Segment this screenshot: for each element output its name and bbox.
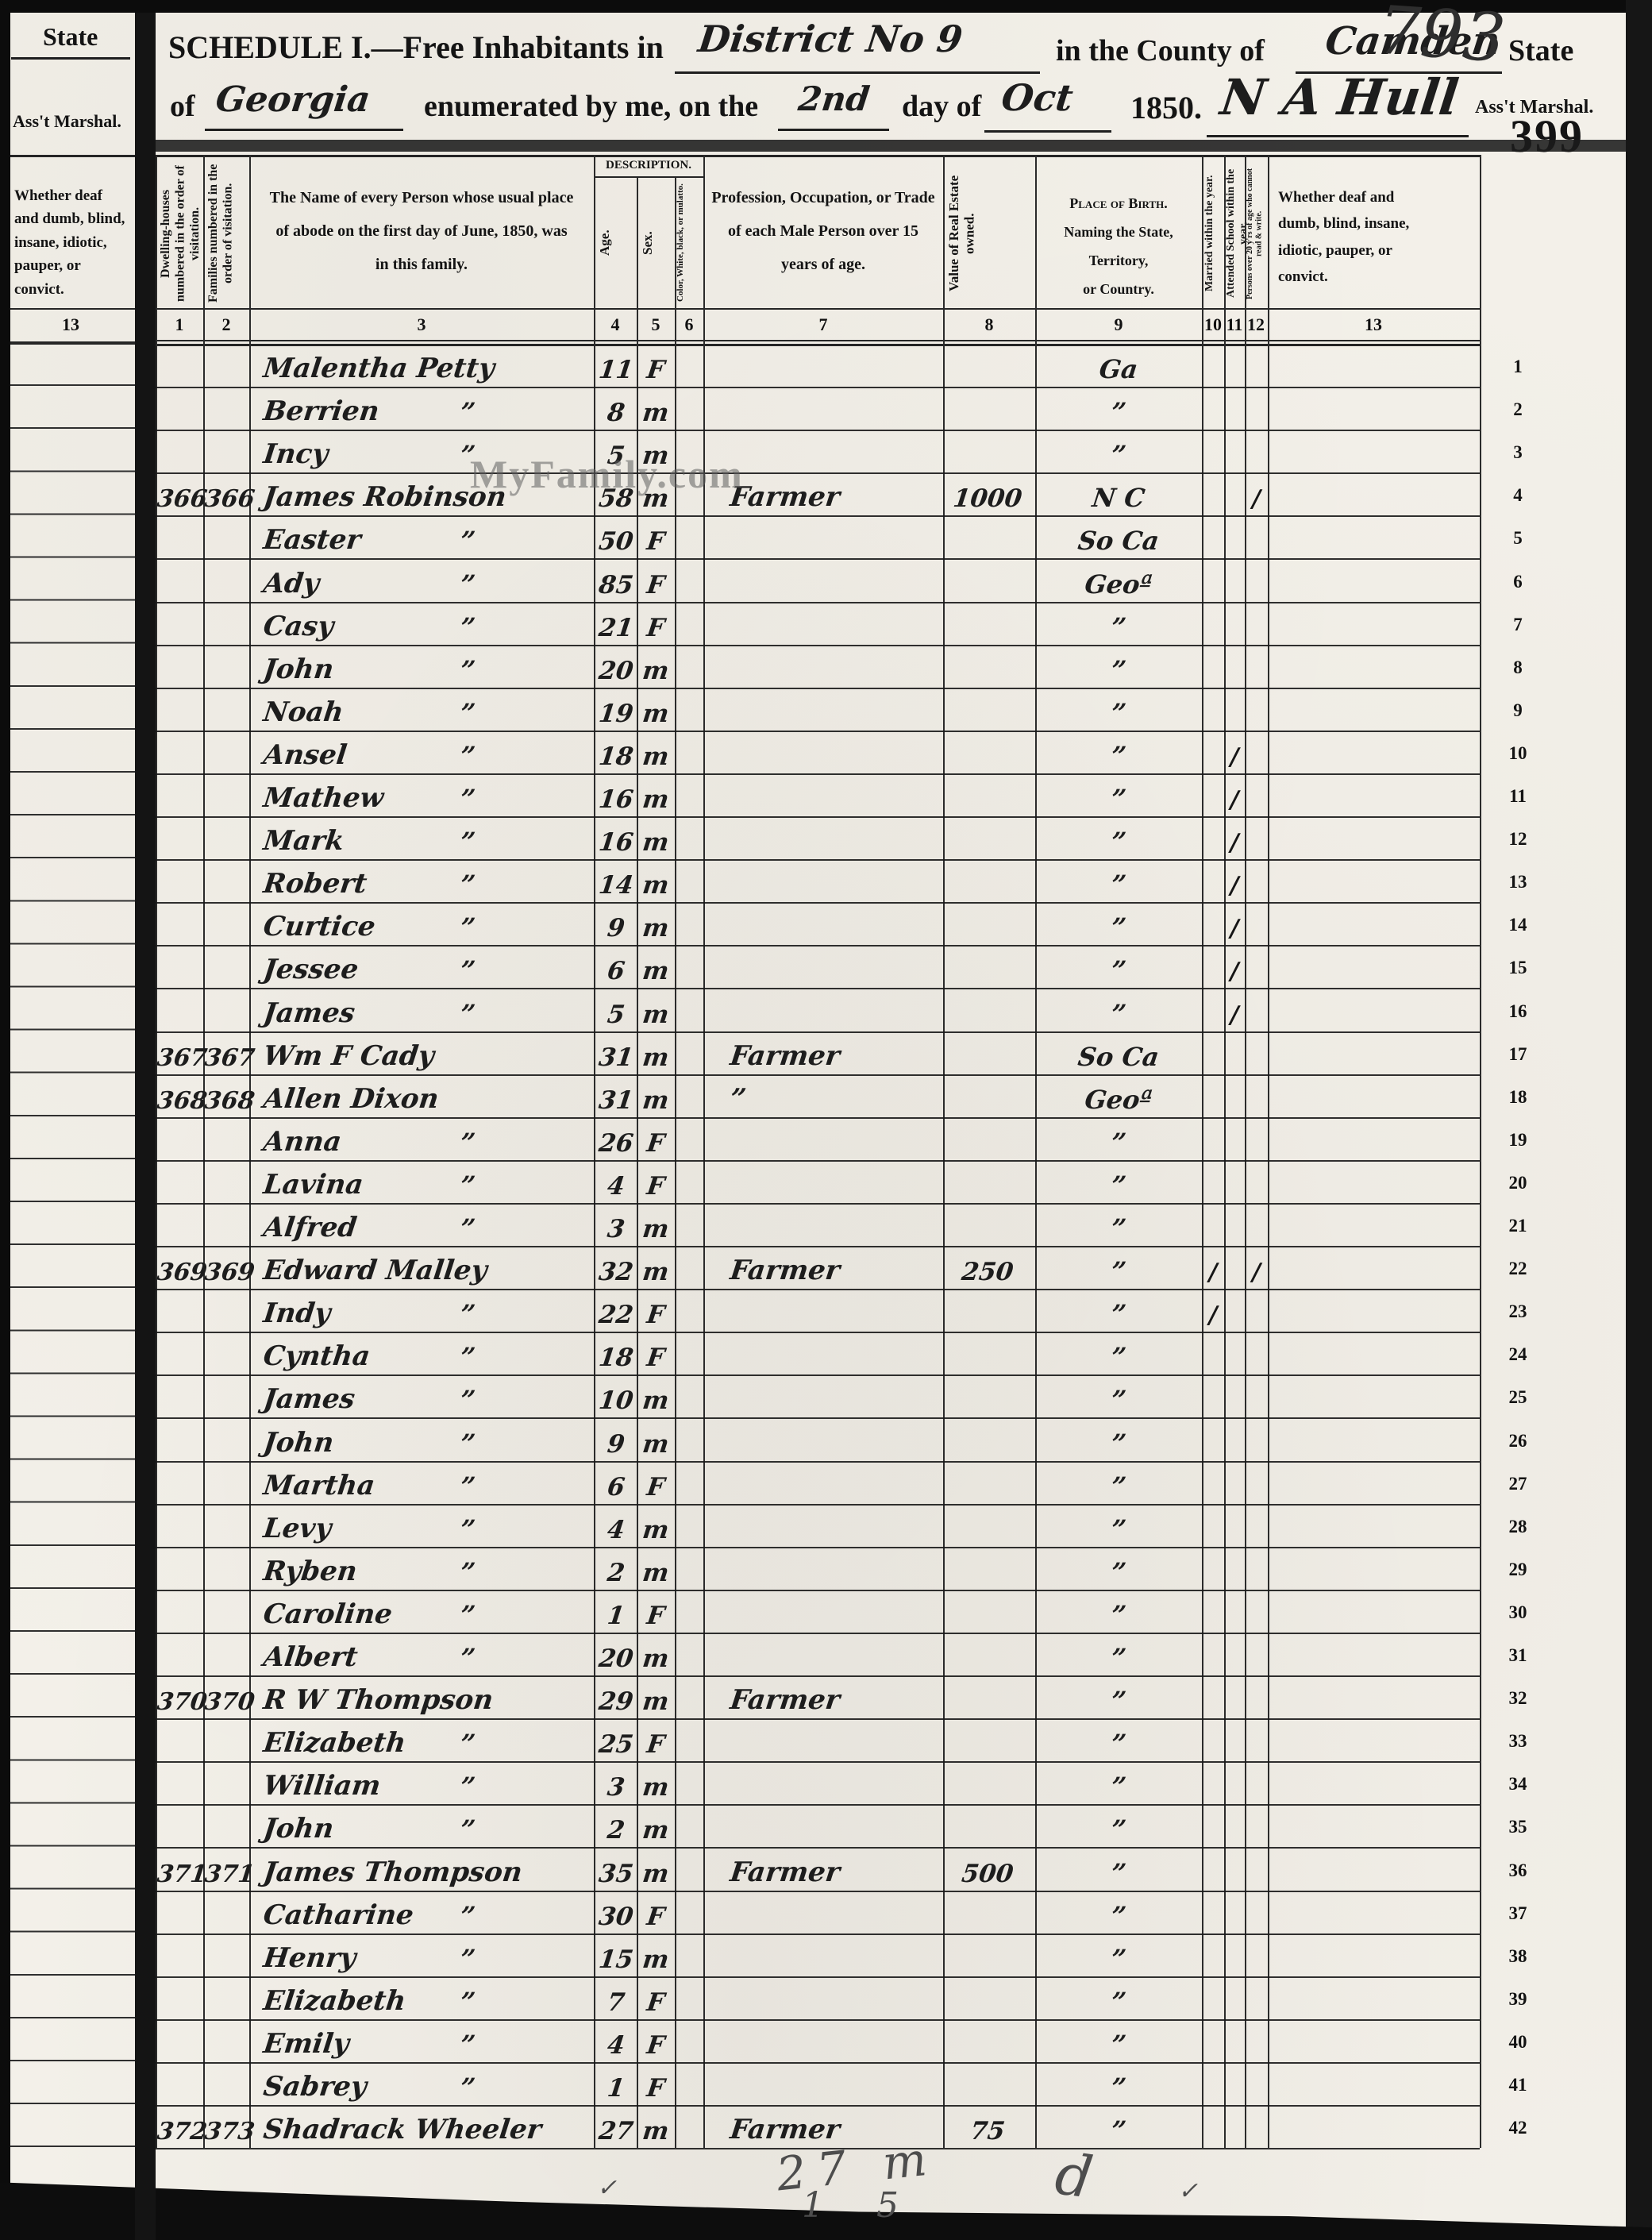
table-row: 367367Wm F Cady31mFarmerSo Ca17: [156, 1031, 1480, 1076]
col-profession-header-l2: of each Male Person over 15: [728, 222, 918, 240]
cell-family-number: 367: [203, 1044, 249, 1072]
of-label: of: [170, 89, 195, 124]
column-number: 2: [202, 314, 250, 335]
cell-dwelling-number: 368: [156, 1087, 205, 1115]
cell-cannotread-tick: /: [1245, 1259, 1268, 1286]
row-line-number: 5: [1480, 528, 1556, 549]
table-row: 371371James Thompson35mFarmer500”36: [156, 1848, 1480, 1892]
row-line-number: 3: [1480, 442, 1556, 463]
cell-age: 4: [592, 1516, 640, 1544]
cell-name-ditto: ”: [459, 1643, 477, 1673]
cell-sex: m: [635, 1945, 676, 1974]
col-sex-header: Sex.: [640, 183, 672, 303]
cell-age: 1: [592, 1602, 640, 1630]
table-row: Alfred”3m”21: [156, 1203, 1480, 1247]
left-margin-state-underline: [11, 57, 130, 60]
cell-name: Ryben: [262, 1556, 359, 1587]
table-row: Catharine”30F”37: [156, 1891, 1480, 1935]
cell-sex: m: [635, 1043, 676, 1072]
column-number: 12: [1232, 314, 1280, 335]
col-deaf-header: Whether deaf and dumb, blind, insane, id…: [1278, 184, 1470, 290]
scan-right-edge: [1626, 0, 1652, 2240]
col-deaf-header-l2: dumb, blind, insane,: [1278, 215, 1409, 232]
cell-birthplace: ”: [1034, 1213, 1204, 1243]
cell-sex: m: [635, 828, 676, 857]
cell-birthplace: ”: [1034, 1428, 1204, 1459]
cell-birthplace: ”: [1034, 1514, 1204, 1544]
table-row: William”3m”34: [156, 1761, 1480, 1806]
cell-dwelling-number: 367: [156, 1044, 205, 1072]
table-row: James”10m”25: [156, 1374, 1480, 1419]
cell-name: Martha: [262, 1470, 377, 1502]
state-suffix-label: State: [1508, 33, 1573, 68]
row-line-number: 37: [1480, 1903, 1556, 1924]
cell-name: Ady: [262, 568, 322, 600]
cell-occupation: Farmer: [729, 1684, 842, 1716]
cell-age: 4: [592, 2031, 640, 2060]
row-line-number: 33: [1480, 1731, 1556, 1752]
table-row: Casy”21F”7: [156, 602, 1480, 646]
col-age-header: Age.: [597, 183, 633, 303]
cell-name: Wm F Cady: [262, 1040, 437, 1072]
table-row: Curtice”9m”/14: [156, 902, 1480, 947]
col-profession-header-l3: years of age.: [781, 256, 865, 273]
cell-name: Elizabeth: [262, 1727, 408, 1759]
cell-sex: m: [635, 1559, 676, 1587]
cell-school-tick: /: [1224, 872, 1245, 900]
cell-sex: F: [635, 614, 676, 642]
cell-birthplace: ”: [1034, 397, 1204, 427]
cell-birthplace: ”: [1034, 2115, 1204, 2146]
cell-sex: m: [635, 2117, 676, 2146]
cell-name: Noah: [262, 696, 345, 728]
cell-birthplace: ”: [1034, 1772, 1204, 1802]
cell-sex: F: [635, 527, 676, 556]
cell-birthplace: ”: [1034, 827, 1204, 857]
table-row: John”20m”8: [156, 645, 1480, 689]
cell-name-ditto: ”: [459, 1772, 477, 1802]
cell-age: 30: [592, 1903, 640, 1931]
county-label: in the County of: [1056, 33, 1265, 68]
cell-dwelling-number: 372: [156, 2118, 205, 2146]
cell-family-number: 371: [203, 1860, 249, 1888]
cell-name: Henry: [262, 1942, 358, 1974]
cell-name: John: [262, 1427, 336, 1459]
cell-name: Edward Malley: [262, 1255, 489, 1286]
row-line-number: 6: [1480, 572, 1556, 592]
cell-age: 11: [592, 356, 640, 384]
cell-age: 25: [592, 1730, 640, 1759]
cell-name-ditto: ”: [459, 698, 477, 728]
description-box-line: [594, 176, 703, 178]
row-line-number: 41: [1480, 2075, 1556, 2095]
cell-occupation: Farmer: [729, 1856, 842, 1888]
row-line-number: 18: [1480, 1087, 1556, 1108]
cell-family-number: 369: [203, 1259, 249, 1286]
cell-name-ditto: ”: [459, 655, 477, 685]
cell-family-number: 368: [203, 1087, 249, 1115]
row-line-number: 4: [1480, 485, 1556, 506]
cell-age: 14: [592, 871, 640, 900]
cell-name-ditto: ”: [459, 1514, 477, 1544]
cell-dwelling-number: 371: [156, 1860, 205, 1888]
table-top-line: [156, 155, 1480, 157]
cell-birthplace: ”: [1034, 1471, 1204, 1502]
cell-dwelling-number: 370: [156, 1688, 205, 1716]
col-profession-header-l1: Profession, Occupation, or Trade: [711, 189, 934, 206]
cell-occupation: Farmer: [729, 1255, 842, 1286]
cell-name: Levy: [262, 1513, 333, 1544]
marshal-signature: N A Hull: [1218, 68, 1462, 126]
table-row: Ryben”2m”29: [156, 1547, 1480, 1591]
row-line-number: 16: [1480, 1001, 1556, 1022]
cell-name: Anna: [262, 1126, 344, 1158]
cell-name: Caroline: [262, 1598, 395, 1630]
cell-name: Catharine: [262, 1899, 416, 1931]
cell-name: Sabrey: [262, 2071, 369, 2103]
cell-name: Curtice: [262, 911, 378, 943]
cell-age: 18: [592, 1344, 640, 1372]
row-line-number: 1: [1480, 357, 1556, 377]
cell-age: 32: [592, 1258, 640, 1286]
cell-occupation: Farmer: [729, 481, 842, 513]
cell-real-estate-value: 1000: [942, 484, 1034, 513]
cell-birthplace: ”: [1034, 1987, 1204, 2017]
cell-age: 20: [592, 657, 640, 685]
cell-age: 6: [592, 1473, 640, 1502]
cell-age: 35: [592, 1860, 640, 1888]
cell-name-ditto: ”: [459, 912, 477, 943]
cell-name-ditto: ”: [459, 1385, 477, 1415]
cell-sex: F: [635, 2074, 676, 2103]
cell-name: Berrien: [262, 395, 381, 427]
row-line-number: 9: [1480, 700, 1556, 721]
cell-age: 10: [592, 1386, 640, 1415]
cell-sex: F: [635, 1988, 676, 2017]
row-line-number: 32: [1480, 1688, 1556, 1709]
cell-age: 29: [592, 1687, 640, 1716]
cell-name: John: [262, 653, 336, 685]
cell-age: 27: [592, 2117, 640, 2146]
col-birth-header-l3: or Country.: [1083, 281, 1154, 297]
cell-birthplace: ”: [1034, 955, 1204, 985]
row-line-number: 14: [1480, 915, 1556, 935]
table-row: Incy”5m”3: [156, 430, 1480, 474]
cell-age: 9: [592, 914, 640, 943]
cell-age: 16: [592, 785, 640, 814]
cell-birthplace: ”: [1034, 1814, 1204, 1845]
cell-name-ditto: ”: [459, 612, 477, 642]
cell-sex: m: [635, 657, 676, 685]
table-row: Martha”6F”27: [156, 1461, 1480, 1506]
district-value: District No 9: [696, 17, 965, 60]
cell-name: R W Thompson: [262, 1684, 495, 1716]
table-row: Noah”19m”9: [156, 688, 1480, 732]
cell-name: Alfred: [262, 1212, 359, 1243]
cell-sex: F: [635, 1903, 676, 1931]
cell-school-tick: /: [1224, 786, 1245, 814]
cell-name-ditto: ”: [459, 397, 477, 427]
row-line-number: 25: [1480, 1387, 1556, 1408]
row-line-number: 23: [1480, 1301, 1556, 1322]
table-row: Sabrey”1F”41: [156, 2062, 1480, 2107]
table-row: Ansel”18m”/10: [156, 731, 1480, 775]
table-row: Easter”50FSo Ca5: [156, 515, 1480, 560]
cell-age: 15: [592, 1945, 640, 1974]
cell-sex: m: [635, 1000, 676, 1029]
cell-cannotread-tick: /: [1245, 485, 1268, 513]
cell-name: William: [262, 1770, 383, 1802]
cell-name: Cyntha: [262, 1340, 372, 1372]
cell-birthplace: ”: [1034, 869, 1204, 900]
cell-age: 3: [592, 1215, 640, 1243]
cell-sex: m: [635, 1430, 676, 1459]
col-birth-header-l2: Naming the State, Territory,: [1064, 224, 1173, 268]
col-value-header: Value of Real Estate owned.: [946, 163, 1032, 304]
day-of-label: day of: [902, 89, 981, 124]
cell-birthplace: ”: [1034, 1256, 1204, 1286]
table-row: Elizabeth”25F”33: [156, 1718, 1480, 1763]
table-row: Emily”4F”40: [156, 2019, 1480, 2064]
table-row: Albert”20m”31: [156, 1633, 1480, 1677]
cell-birthplace: Geoª: [1034, 569, 1204, 600]
year-label: 1850.: [1130, 89, 1202, 126]
cell-age: 7: [592, 1988, 640, 2017]
cell-name: Albert: [262, 1641, 360, 1673]
cell-dwelling-number: 369: [156, 1259, 205, 1286]
cell-sex: F: [635, 1344, 676, 1372]
cell-birthplace: ”: [1034, 2030, 1204, 2060]
cell-age: 20: [592, 1644, 640, 1673]
cell-name: Jessee: [262, 954, 360, 985]
description-label: DESCRIPTION.: [594, 159, 703, 172]
cell-name-ditto: ”: [459, 869, 477, 900]
cell-name-ditto: ”: [459, 827, 477, 857]
cell-sex: m: [635, 399, 676, 427]
month-underline: [984, 130, 1111, 133]
row-line-number: 8: [1480, 657, 1556, 678]
cell-sex: F: [635, 571, 676, 600]
cell-name-ditto: ”: [459, 1557, 477, 1587]
cell-age: 26: [592, 1129, 640, 1158]
cell-school-tick: /: [1224, 743, 1245, 771]
cell-age: 8: [592, 399, 640, 427]
cell-birthplace: ”: [1034, 1729, 1204, 1759]
cell-sex: m: [635, 1516, 676, 1544]
pencil-check-left: ✓: [597, 2174, 617, 2202]
cell-name: Mark: [262, 825, 346, 857]
row-line-number: 29: [1480, 1560, 1556, 1580]
left-margin-col13-header: Whether deaf and dumb, blind, insane, id…: [14, 184, 129, 301]
cell-age: 4: [592, 1172, 640, 1201]
row-line-number: 31: [1480, 1645, 1556, 1666]
table-row: Mathew”16m”/11: [156, 773, 1480, 818]
column-number: 8: [965, 314, 1013, 335]
cell-name-ditto: ”: [459, 999, 477, 1029]
cell-birthplace: ”: [1034, 698, 1204, 728]
col-name-header-l1: The Name of every Person whose usual pla…: [270, 189, 574, 206]
row-line-number: 30: [1480, 1602, 1556, 1623]
cell-age: 1: [592, 2074, 640, 2103]
col-birth-header: Place of Birth. Naming the State, Territ…: [1038, 189, 1199, 303]
left-margin-state-label: State: [43, 22, 98, 52]
cell-name: Robert: [262, 868, 369, 900]
cell-age: 3: [592, 1773, 640, 1802]
col-name-header-l2: of abode on the first day of June, 1850,…: [275, 222, 567, 240]
cell-sex: F: [635, 1301, 676, 1329]
cell-name: Shadrack Wheeler: [262, 2114, 544, 2146]
cell-name-ditto: ”: [459, 1729, 477, 1759]
cell-birthplace: ”: [1034, 912, 1204, 943]
cell-birthplace: N C: [1034, 483, 1204, 513]
cell-age: 31: [592, 1043, 640, 1072]
cell-sex: m: [635, 1386, 676, 1415]
cell-name: Ansel: [262, 739, 349, 771]
pencil-mark-numbers: 1 5: [802, 2185, 919, 2226]
cell-age: 50: [592, 527, 640, 556]
cell-school-tick: /: [1224, 915, 1245, 943]
cell-name-ditto: ”: [459, 1170, 477, 1201]
cell-sex: F: [635, 1172, 676, 1201]
col-name-header-l3: in this family.: [375, 256, 468, 273]
cell-birthplace: ”: [1034, 2072, 1204, 2103]
cell-name-ditto: ”: [459, 2030, 477, 2060]
table-row: 369369Edward Malley32mFarmer250”//22: [156, 1246, 1480, 1290]
pencil-mark-flourish: d: [1051, 2140, 1096, 2211]
cell-sex: m: [635, 1258, 676, 1286]
row-line-number: 13: [1480, 872, 1556, 893]
cell-age: 22: [592, 1301, 640, 1329]
row-line-number: 28: [1480, 1517, 1556, 1537]
cell-name: Indy: [262, 1297, 333, 1329]
cell-name: Allen Dixon: [262, 1083, 441, 1115]
cell-sex: m: [635, 1860, 676, 1888]
table-row: Elizabeth”7F”39: [156, 1976, 1480, 2021]
cell-school-tick: /: [1224, 829, 1245, 857]
table-row: Mark”16m”/12: [156, 816, 1480, 861]
cell-name-ditto: ”: [459, 1814, 477, 1845]
table-row: Robert”14m”/13: [156, 859, 1480, 904]
cell-age: 18: [592, 742, 640, 771]
scan-left-edge: [0, 0, 10, 2240]
cell-birthplace: ”: [1034, 1299, 1204, 1329]
cell-name-ditto: ”: [459, 1987, 477, 2017]
cell-sex: m: [635, 1773, 676, 1802]
row-line-number: 10: [1480, 743, 1556, 764]
cell-birthplace: ”: [1034, 1170, 1204, 1201]
day-value: 2nd: [796, 79, 872, 118]
cell-age: 85: [592, 571, 640, 600]
table-row: 366366James Robinson58mFarmer1000N C/4: [156, 472, 1480, 517]
row-line-number: 22: [1480, 1259, 1556, 1279]
row-line-number: 24: [1480, 1344, 1556, 1365]
cell-name-ditto: ”: [459, 784, 477, 814]
table-row: Cyntha”18F”24: [156, 1332, 1480, 1376]
row-line-number: 40: [1480, 2032, 1556, 2053]
col-family-header: Families numbered in the order of visita…: [206, 163, 246, 304]
cell-sex: F: [635, 1473, 676, 1502]
cell-age: 9: [592, 1430, 640, 1459]
col-dwelling-header: Dwelling-houses numbered in the order of…: [159, 163, 200, 304]
table-row: John”2m”35: [156, 1804, 1480, 1849]
signature-underline: [1207, 135, 1469, 137]
state-value: Georgia: [214, 79, 372, 120]
cell-name: Lavina: [262, 1169, 365, 1201]
table-row: Lavina”4F”20: [156, 1160, 1480, 1205]
cell-age: 19: [592, 700, 640, 728]
table-row: Ady”85FGeoª6: [156, 559, 1480, 603]
cell-birthplace: ”: [1034, 1901, 1204, 1931]
cell-family-number: 370: [203, 1688, 249, 1716]
pencil-check-right: ✓: [1178, 2177, 1198, 2205]
table-header-botline: [156, 340, 1480, 341]
cell-name-ditto: ”: [459, 1299, 477, 1329]
cell-name-ditto: ”: [459, 1213, 477, 1243]
cell-birthplace: ”: [1034, 999, 1204, 1029]
census-scan-page: { "page_number": "399", "pencil_page_num…: [0, 0, 1652, 2240]
row-line-number: 38: [1480, 1946, 1556, 1967]
table-row: Berrien”8m”2: [156, 387, 1480, 431]
row-line-number: 21: [1480, 1216, 1556, 1236]
table-row: Anna”26F”19: [156, 1117, 1480, 1162]
column-number: 13: [1350, 314, 1397, 335]
row-line-number: 39: [1480, 1989, 1556, 2010]
cell-name: Emily: [262, 2028, 351, 2060]
cell-age: 5: [592, 1000, 640, 1029]
row-line-number: 42: [1480, 2118, 1556, 2138]
col-deaf-header-l4: convict.: [1278, 268, 1328, 285]
month-value: Oct: [999, 76, 1076, 119]
left-margin-header-midline: [10, 308, 135, 310]
cell-name: James: [262, 1383, 357, 1415]
cell-dwelling-number: 366: [156, 485, 205, 513]
table-row: 368368Allen Dixon31m”Geoª18: [156, 1074, 1480, 1119]
table-row: Levy”4m”28: [156, 1504, 1480, 1548]
cell-name-ditto: ”: [459, 741, 477, 771]
left-margin-row-lines: [10, 343, 135, 2148]
col-married-header: Married within the year.: [1203, 163, 1223, 304]
cell-name: James: [262, 997, 357, 1029]
cell-sex: m: [635, 1644, 676, 1673]
cell-occupation: Farmer: [729, 2114, 842, 2146]
row-line-number: 27: [1480, 1474, 1556, 1494]
column-number: 3: [398, 314, 445, 335]
cell-family-number: 373: [203, 2118, 249, 2146]
left-margin-col13-number: 13: [11, 314, 130, 335]
cell-birthplace: ”: [1034, 1944, 1204, 1974]
row-line-number: 26: [1480, 1431, 1556, 1452]
cell-name-ditto: ”: [459, 1471, 477, 1502]
row-line-number: 11: [1480, 786, 1556, 807]
cell-name: Elizabeth: [262, 1985, 408, 2017]
cell-sex: F: [635, 356, 676, 384]
cell-name: Malentha Petty: [262, 353, 497, 384]
cell-age: 2: [592, 1559, 640, 1587]
cell-sex: F: [635, 1129, 676, 1158]
cell-age: 31: [592, 1086, 640, 1115]
col-color-header: Color, White, black, or mulatto.: [676, 179, 702, 307]
cell-birthplace: ”: [1034, 655, 1204, 685]
cell-birthplace: ”: [1034, 1342, 1204, 1372]
cell-sex: F: [635, 1730, 676, 1759]
page-gutter-bar: [135, 13, 156, 2240]
enumerated-label: enumerated by me, on the: [424, 89, 758, 124]
cell-sex: m: [635, 1086, 676, 1115]
col-birth-header-l1: Place of Birth.: [1069, 195, 1167, 211]
table-row: 370370R W Thompson29mFarmer”32: [156, 1675, 1480, 1720]
cell-birthplace: So Ca: [1034, 1042, 1204, 1072]
left-margin-marshal-label: Ass't Marshal.: [13, 111, 121, 132]
